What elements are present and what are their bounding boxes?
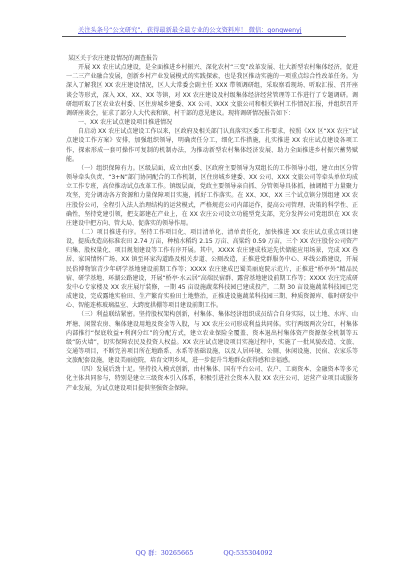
footer-contact: QQ 群：30265665 QQ:535304092 (0, 548, 408, 557)
subsection-development: （四）发展后劲十足。坚持投入模式创新，由村集体、国有平台公司、农户、工商资本、金… (66, 365, 358, 392)
intro-paragraph: 开展 XX 农庄试点建设，是全面推进乡村振兴、深化农村“三变”改革发展、壮大新型… (66, 63, 358, 118)
subsection-projects: （二）项目推进有序。坚持工作项目化、项目清单化、清单责任化，加快推进 XX 农庄… (66, 228, 358, 310)
header-promo-link[interactable]: 关注头条号“公文研究”，获得最新最全最专业的公文资料库！ 微信：gongweny… (78, 26, 338, 35)
section-intro-paragraph: 自启动 XX 农庄试点建设工作以来，区政府及相关部门认真落实区委工作要求，按照《… (66, 127, 358, 164)
subsection-interests: （三）利益联结紧密。坚持股权架构创新，村集体、集体经济组织成员结合自身实际，以土… (66, 310, 358, 365)
header-divider (62, 36, 346, 37)
document-body: 某区关于农庄建设情况的调查报告 开展 XX 农庄试点建设，是全面推进乡村振兴、深… (66, 54, 358, 393)
subsection-organization: （一）组织保障有力。区级层面，成立由区委、区政府主要领导为双组长的工作领导小组，… (66, 164, 358, 228)
section-heading: 一、XX 农庄试点建设项目推进情况 (66, 118, 358, 127)
qq-group-text: QQ 群：30265665 (135, 549, 193, 557)
document-title: 某区关于农庄建设情况的调查报告 (66, 54, 358, 63)
qq-number-text: QQ:535304092 (223, 549, 272, 557)
